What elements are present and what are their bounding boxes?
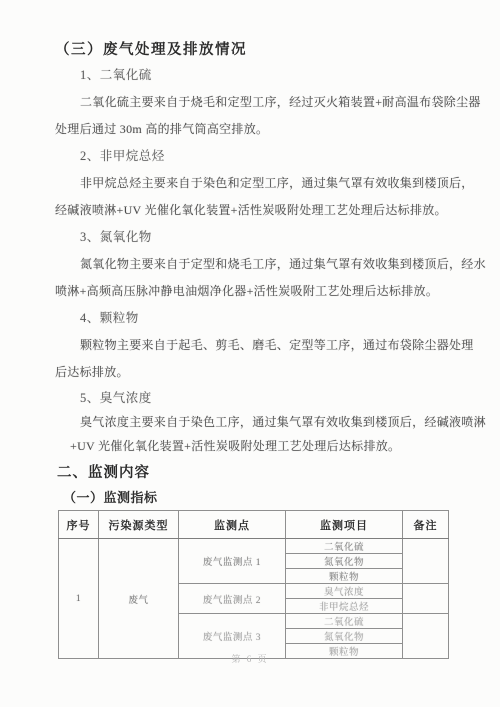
paragraph-line: 非甲烷总烃主要来自于染色和定型工序，通过集气罩有效收集到楼顶后， <box>55 170 450 197</box>
paragraph-line: 后达标排放。 <box>55 359 450 386</box>
subsection-nox: 3、氮氧化物 氮氧化物主要来自于定型和烧毛工序，通过集气罩有效收集到楼顶后，经水… <box>55 224 450 305</box>
monitoring-indicators-table: 序号 污染源类型 监测点 监测项目 备注 1 废气 废气监测点 1 二氧化硫 氮… <box>58 510 449 659</box>
subsection-so2: 1、二氧化硫 二氧化硫主要来自于烧毛和定型工序，经过灭火箱装置+耐高温布袋除尘器… <box>55 62 450 143</box>
paragraph-line: 颗粒物主要来自于起毛、剪毛、磨毛、定型等工序，通过布袋除尘器处理 <box>55 332 450 359</box>
chapter-heading: 二、监测内容 <box>57 460 450 486</box>
subsection-title: 3、氮氧化物 <box>55 224 450 251</box>
monitoring-item-cell: 臭气浓度 <box>286 584 403 599</box>
monitoring-item-cell: 颗粒物 <box>286 569 403 584</box>
header-monitoring-point: 监测点 <box>179 511 286 539</box>
monitoring-item-cell: 二氧化硫 <box>286 539 403 554</box>
subsection-nmhc: 2、非甲烷总烃 非甲烷总烃主要来自于染色和定型工序，通过集气罩有效收集到楼顶后，… <box>55 143 450 224</box>
monitoring-item-cell: 非甲烷总烃 <box>286 599 403 614</box>
monitoring-point-cell: 废气监测点 1 <box>179 539 286 584</box>
paragraph-line: 二氧化硫主要来自于烧毛和定型工序，经过灭火箱装置+耐高温布袋除尘器 <box>55 89 450 116</box>
document-page: （三）废气处理及排放情况 1、二氧化硫 二氧化硫主要来自于烧毛和定型工序，经过灭… <box>0 0 500 707</box>
paragraph-line: 处理后通过 30m 高的排气筒高空排放。 <box>55 116 450 143</box>
paragraph-line: +UV 光催化氧化装置+活性炭吸附处理工艺处理后达标排放。 <box>55 434 450 458</box>
paragraph-line: 臭气浓度主要来自于染色工序，通过集气罩有效收集到楼顶后，经碱液喷淋 <box>55 410 450 434</box>
subsection-particulates: 4、颗粒物 颗粒物主要来自于起毛、剪毛、磨毛、定型等工序，通过布袋除尘器处理 后… <box>55 305 450 386</box>
subsection-title: 2、非甲烷总烃 <box>55 143 450 170</box>
serial-cell: 1 <box>59 539 99 659</box>
remark-cell <box>403 539 449 584</box>
table-header-row: 序号 污染源类型 监测点 监测项目 备注 <box>59 511 449 539</box>
pollution-source-cell: 废气 <box>99 539 179 659</box>
table-row: 1 废气 废气监测点 1 二氧化硫 <box>59 539 449 554</box>
subsection-title: 5、臭气浓度 <box>55 386 450 410</box>
subsection-title: 1、二氧化硫 <box>55 62 450 89</box>
subsection-title: 4、颗粒物 <box>55 305 450 332</box>
section-heading: （三）废气处理及排放情况 <box>55 38 450 62</box>
sub-chapter-heading: （一）监测指标 <box>63 486 450 510</box>
header-remark: 备注 <box>403 511 449 539</box>
header-serial: 序号 <box>59 511 99 539</box>
header-monitoring-item: 监测项目 <box>286 511 403 539</box>
page-content: （三）废气处理及排放情况 1、二氧化硫 二氧化硫主要来自于烧毛和定型工序，经过灭… <box>0 0 500 659</box>
page-number: 第 6 页 <box>0 652 500 665</box>
paragraph-line: 喷淋+高频高压脉冲静电油烟净化器+活性炭吸附工艺处理后达标排放。 <box>55 278 450 305</box>
paragraph-line: 经碱液喷淋+UV 光催化氧化装置+活性炭吸附处理工艺处理后达标排放。 <box>55 197 450 224</box>
paragraph-line: 氮氧化物主要来自于定型和烧毛工序，通过集气罩有效收集到楼顶后，经水 <box>55 251 450 278</box>
monitoring-item-cell: 氮氧化物 <box>286 629 403 644</box>
monitoring-item-cell: 二氧化硫 <box>286 614 403 629</box>
remark-cell <box>403 584 449 614</box>
header-pollution-source: 污染源类型 <box>99 511 179 539</box>
monitoring-item-cell: 氮氧化物 <box>286 554 403 569</box>
subsection-odor: 5、臭气浓度 臭气浓度主要来自于染色工序，通过集气罩有效收集到楼顶后，经碱液喷淋… <box>55 386 450 458</box>
monitoring-point-cell: 废气监测点 2 <box>179 584 286 614</box>
